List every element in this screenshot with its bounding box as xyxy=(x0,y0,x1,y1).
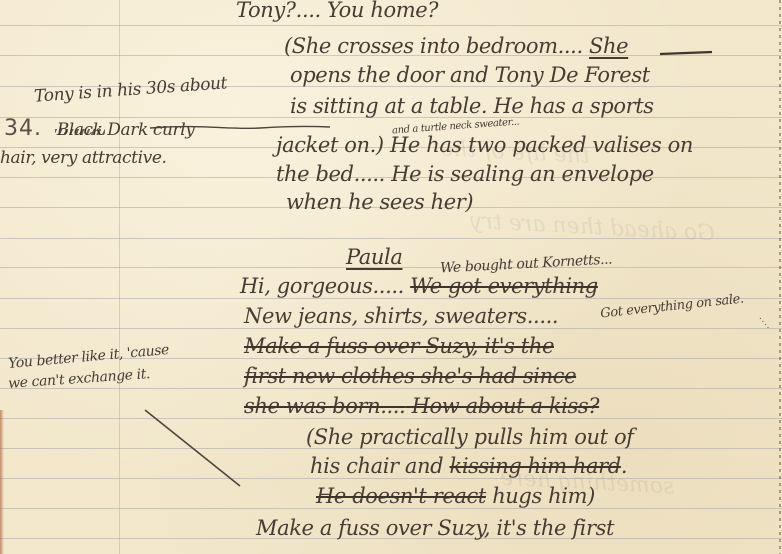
scene-number: 34. xyxy=(4,116,42,141)
page-edge-shadow xyxy=(0,410,4,554)
rule-line xyxy=(0,328,782,329)
bleed-through-text: Go ahead then are try xyxy=(470,209,716,247)
struck-word: Black xyxy=(57,122,103,139)
rule-line xyxy=(0,388,782,389)
perforation-edge xyxy=(779,0,781,554)
stage-direction-2-line-1: (She practically pulls him out of xyxy=(306,427,634,448)
rule-line xyxy=(0,418,782,419)
stage-direction-2-line-2: his chair and kissing him hard. xyxy=(310,456,627,477)
struck-text: He doesn't react xyxy=(316,484,486,508)
dialogue-line-2: New jeans, shirts, sweaters..... xyxy=(244,306,558,327)
rule-line xyxy=(0,25,782,26)
stage-direction-1-line-4: jacket on.) He has two packed valises on xyxy=(276,135,693,156)
dialogue-line-2-insertion: Got everything on sale. xyxy=(600,293,745,321)
character-name: Paula xyxy=(346,247,402,268)
struck-text: We got everything xyxy=(410,274,598,298)
struck-dialogue-line-3: Make a fuss over Suzy, it's the xyxy=(244,336,554,357)
stage-direction-2-line-3: He doesn't react hugs him) xyxy=(316,486,595,507)
stage-direction-1-line-6: when he sees her) xyxy=(286,192,473,213)
opening-dialogue-line: Tony?.... You home? xyxy=(236,0,438,21)
stage-direction-1-line-3: is sitting at a table. He has a sports xyxy=(290,96,654,117)
dialogue-line-1: Hi, gorgeous..... We got everything xyxy=(240,276,598,297)
legal-pad-page: Go ahead then are try the life of the so… xyxy=(0,0,782,554)
struck-dialogue-line-5: she was born.... How about a kiss? xyxy=(244,396,599,417)
margin-note-1-line-3: hair, very attractive. xyxy=(0,150,167,167)
struck-text: kissing him hard xyxy=(450,454,621,478)
dialogue-insertion-above: We bought out Kornetts... xyxy=(440,253,613,276)
rule-line xyxy=(0,508,782,509)
struck-dialogue-line-4: first new clothes she's had since xyxy=(244,366,576,387)
rewrite-dialogue-line: Make a fuss over Suzy, it's the first xyxy=(256,518,614,539)
stage-direction-1-line-5: the bed..... He is sealing an envelope xyxy=(276,164,654,185)
stage-direction-1-line-2: opens the door and Tony De Forest xyxy=(290,65,650,86)
margin-note-1-line-2: 34. Black Dark curly xyxy=(4,118,195,140)
margin-note-1-line-1: Tony is in his 30s about xyxy=(34,75,228,105)
stage-direction-1-line-1: (She crosses into bedroom.... She xyxy=(284,36,628,57)
she-underline xyxy=(660,52,712,54)
